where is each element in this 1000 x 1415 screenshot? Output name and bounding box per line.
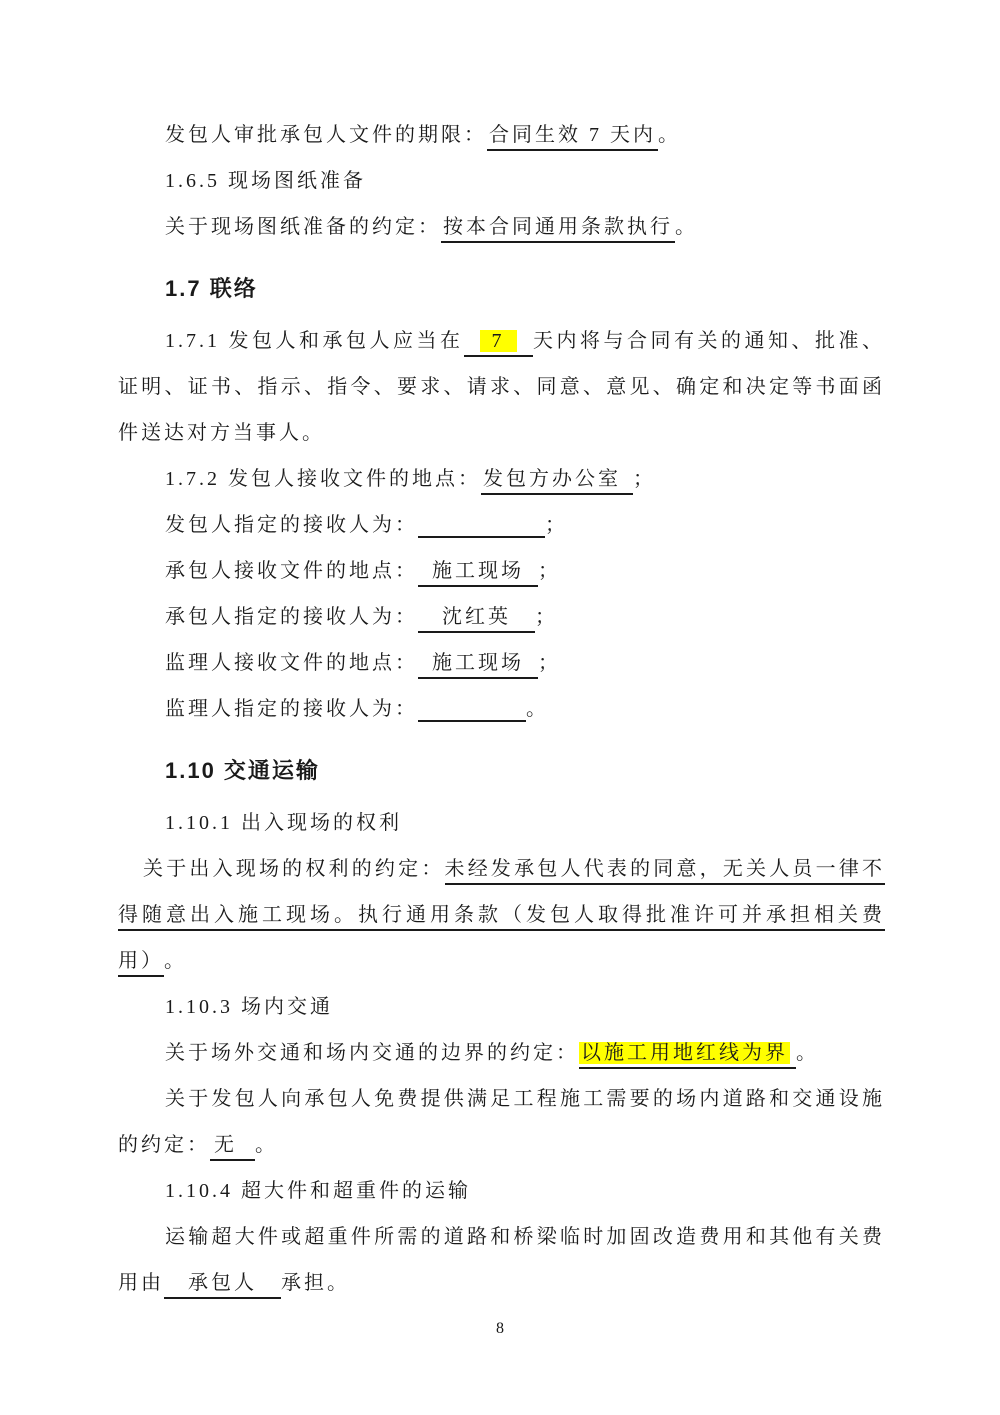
filled-value-underlined: 合同生效 7 天内 xyxy=(487,124,658,151)
clause-1-7-1: 1.7.1 发包人和承包人应当在7天内将与合同有关的通知、批准、证明、证书、指示… xyxy=(118,318,885,456)
filled-value-underlined: 施工现场 xyxy=(418,560,538,587)
clause-label: 发包人指定的接收人为： xyxy=(165,514,418,536)
clause-label: 发包人审批承包人文件的期限： xyxy=(165,124,487,146)
clause-label: 监理人指定的接收人为： xyxy=(165,698,418,720)
filled-value-underlined: 承包人 xyxy=(164,1272,281,1299)
clause-label: 关于场外交通和场内交通的边界的约定： xyxy=(165,1042,579,1064)
page-number-value: 8 xyxy=(496,1320,504,1337)
filled-value-underlined: 按本合同通用条款执行 xyxy=(441,216,675,243)
clause-site-drawings: 关于现场图纸准备的约定：按本合同通用条款执行。 xyxy=(118,204,885,250)
clause-1-6-5-heading: 1.6.5 现场图纸准备 xyxy=(118,158,885,204)
contract-page: 发包人审批承包人文件的期限：合同生效 7 天内。 1.6.5 现场图纸准备 关于… xyxy=(0,0,1000,1415)
blank-field xyxy=(418,512,545,538)
subclause-title: 1.10.1 出入现场的权利 xyxy=(165,812,402,834)
page-number: 8 xyxy=(0,1320,1000,1338)
blank-field xyxy=(418,696,526,722)
contract-body: 发包人审批承包人文件的期限：合同生效 7 天内。 1.6.5 现场图纸准备 关于… xyxy=(118,112,885,1306)
clause-punct: ； xyxy=(633,468,656,490)
clause-oversize-transport: 运输超大件或超重件所需的道路和桥梁临时加固改造费用和其他有关费用由承包人承担。 xyxy=(118,1214,885,1306)
days-field-underlined: 7 xyxy=(464,330,533,357)
clause-contractor-place: 承包人接收文件的地点：施工现场； xyxy=(118,548,885,594)
subclause-title: 1.10.4 超大件和超重件的运输 xyxy=(165,1180,471,1202)
clause-punct: ； xyxy=(538,560,561,582)
clause-supervisor-place: 监理人接收文件的地点：施工现场； xyxy=(118,640,885,686)
filled-value-underlined: 无 xyxy=(210,1134,255,1161)
clause-access-right: 关于出入现场的权利的约定：未经发承包人代表的同意，无关人员一律不得随意出入施工现… xyxy=(118,846,885,984)
section-title: 1.10 交通运输 xyxy=(165,758,320,783)
filled-value-underlined: 发包方办公室 xyxy=(481,468,633,495)
clause-1-7-2: 1.7.2 发包人接收文件的地点：发包方办公室； xyxy=(118,456,885,502)
clause-punct: ； xyxy=(538,652,561,674)
clause-tail: 承担。 xyxy=(281,1272,350,1294)
clause-supervisor-receiver: 监理人指定的接收人为：。 xyxy=(118,686,885,732)
clause-punct: 。 xyxy=(526,698,549,720)
clause-traffic-boundary: 关于场外交通和场内交通的边界的约定：以施工用地红线为界。 xyxy=(118,1030,885,1076)
clause-label: 关于出入现场的权利的约定： xyxy=(143,858,445,880)
clause-punct: 。 xyxy=(658,124,681,146)
subclause-title: 1.6.5 现场图纸准备 xyxy=(165,170,366,192)
clause-label: 关于现场图纸准备的约定： xyxy=(165,216,441,238)
section-title: 1.7 联络 xyxy=(165,276,258,301)
filled-value-underlined: 施工现场 xyxy=(418,652,538,679)
clause-punct: 。 xyxy=(164,950,187,972)
clause-site-roads: 关于发包人向承包人免费提供满足工程施工需要的场内道路和交通设施的约定：无。 xyxy=(118,1076,885,1168)
clause-label: 1.7.2 发包人接收文件的地点： xyxy=(165,468,481,490)
clause-label: 监理人接收文件的地点： xyxy=(165,652,418,674)
clause-punct: 。 xyxy=(255,1134,278,1156)
clause-1-10-4-heading: 1.10.4 超大件和超重件的运输 xyxy=(118,1168,885,1214)
days-value-highlighted: 7 xyxy=(480,330,517,352)
clause-punct: 。 xyxy=(675,216,698,238)
clause-contractor-receiver: 承包人指定的接收人为：沈红英； xyxy=(118,594,885,640)
boundary-value-highlighted: 以施工用地红线为界 xyxy=(579,1042,790,1064)
section-1-7-heading: 1.7 联络 xyxy=(118,266,885,312)
filled-value-underlined: 沈红英 xyxy=(418,606,535,633)
section-1-10-heading: 1.10 交通运输 xyxy=(118,748,885,794)
clause-punct: ； xyxy=(535,606,558,628)
clause-employer-receiver: 发包人指定的接收人为：； xyxy=(118,502,885,548)
clause-label: 承包人指定的接收人为： xyxy=(165,606,418,628)
subclause-title: 1.10.3 场内交通 xyxy=(165,996,333,1018)
clause-1-10-3-heading: 1.10.3 场内交通 xyxy=(118,984,885,1030)
clause-1-10-1-heading: 1.10.1 出入现场的权利 xyxy=(118,800,885,846)
clause-approval-period: 发包人审批承包人文件的期限：合同生效 7 天内。 xyxy=(118,112,885,158)
filled-value-underlined: 以施工用地红线为界 xyxy=(579,1042,796,1069)
clause-lead: 1.7.1 发包人和承包人应当在 xyxy=(165,330,464,352)
clause-punct: 。 xyxy=(796,1042,819,1064)
clause-label: 承包人接收文件的地点： xyxy=(165,560,418,582)
clause-punct: ； xyxy=(545,514,568,536)
